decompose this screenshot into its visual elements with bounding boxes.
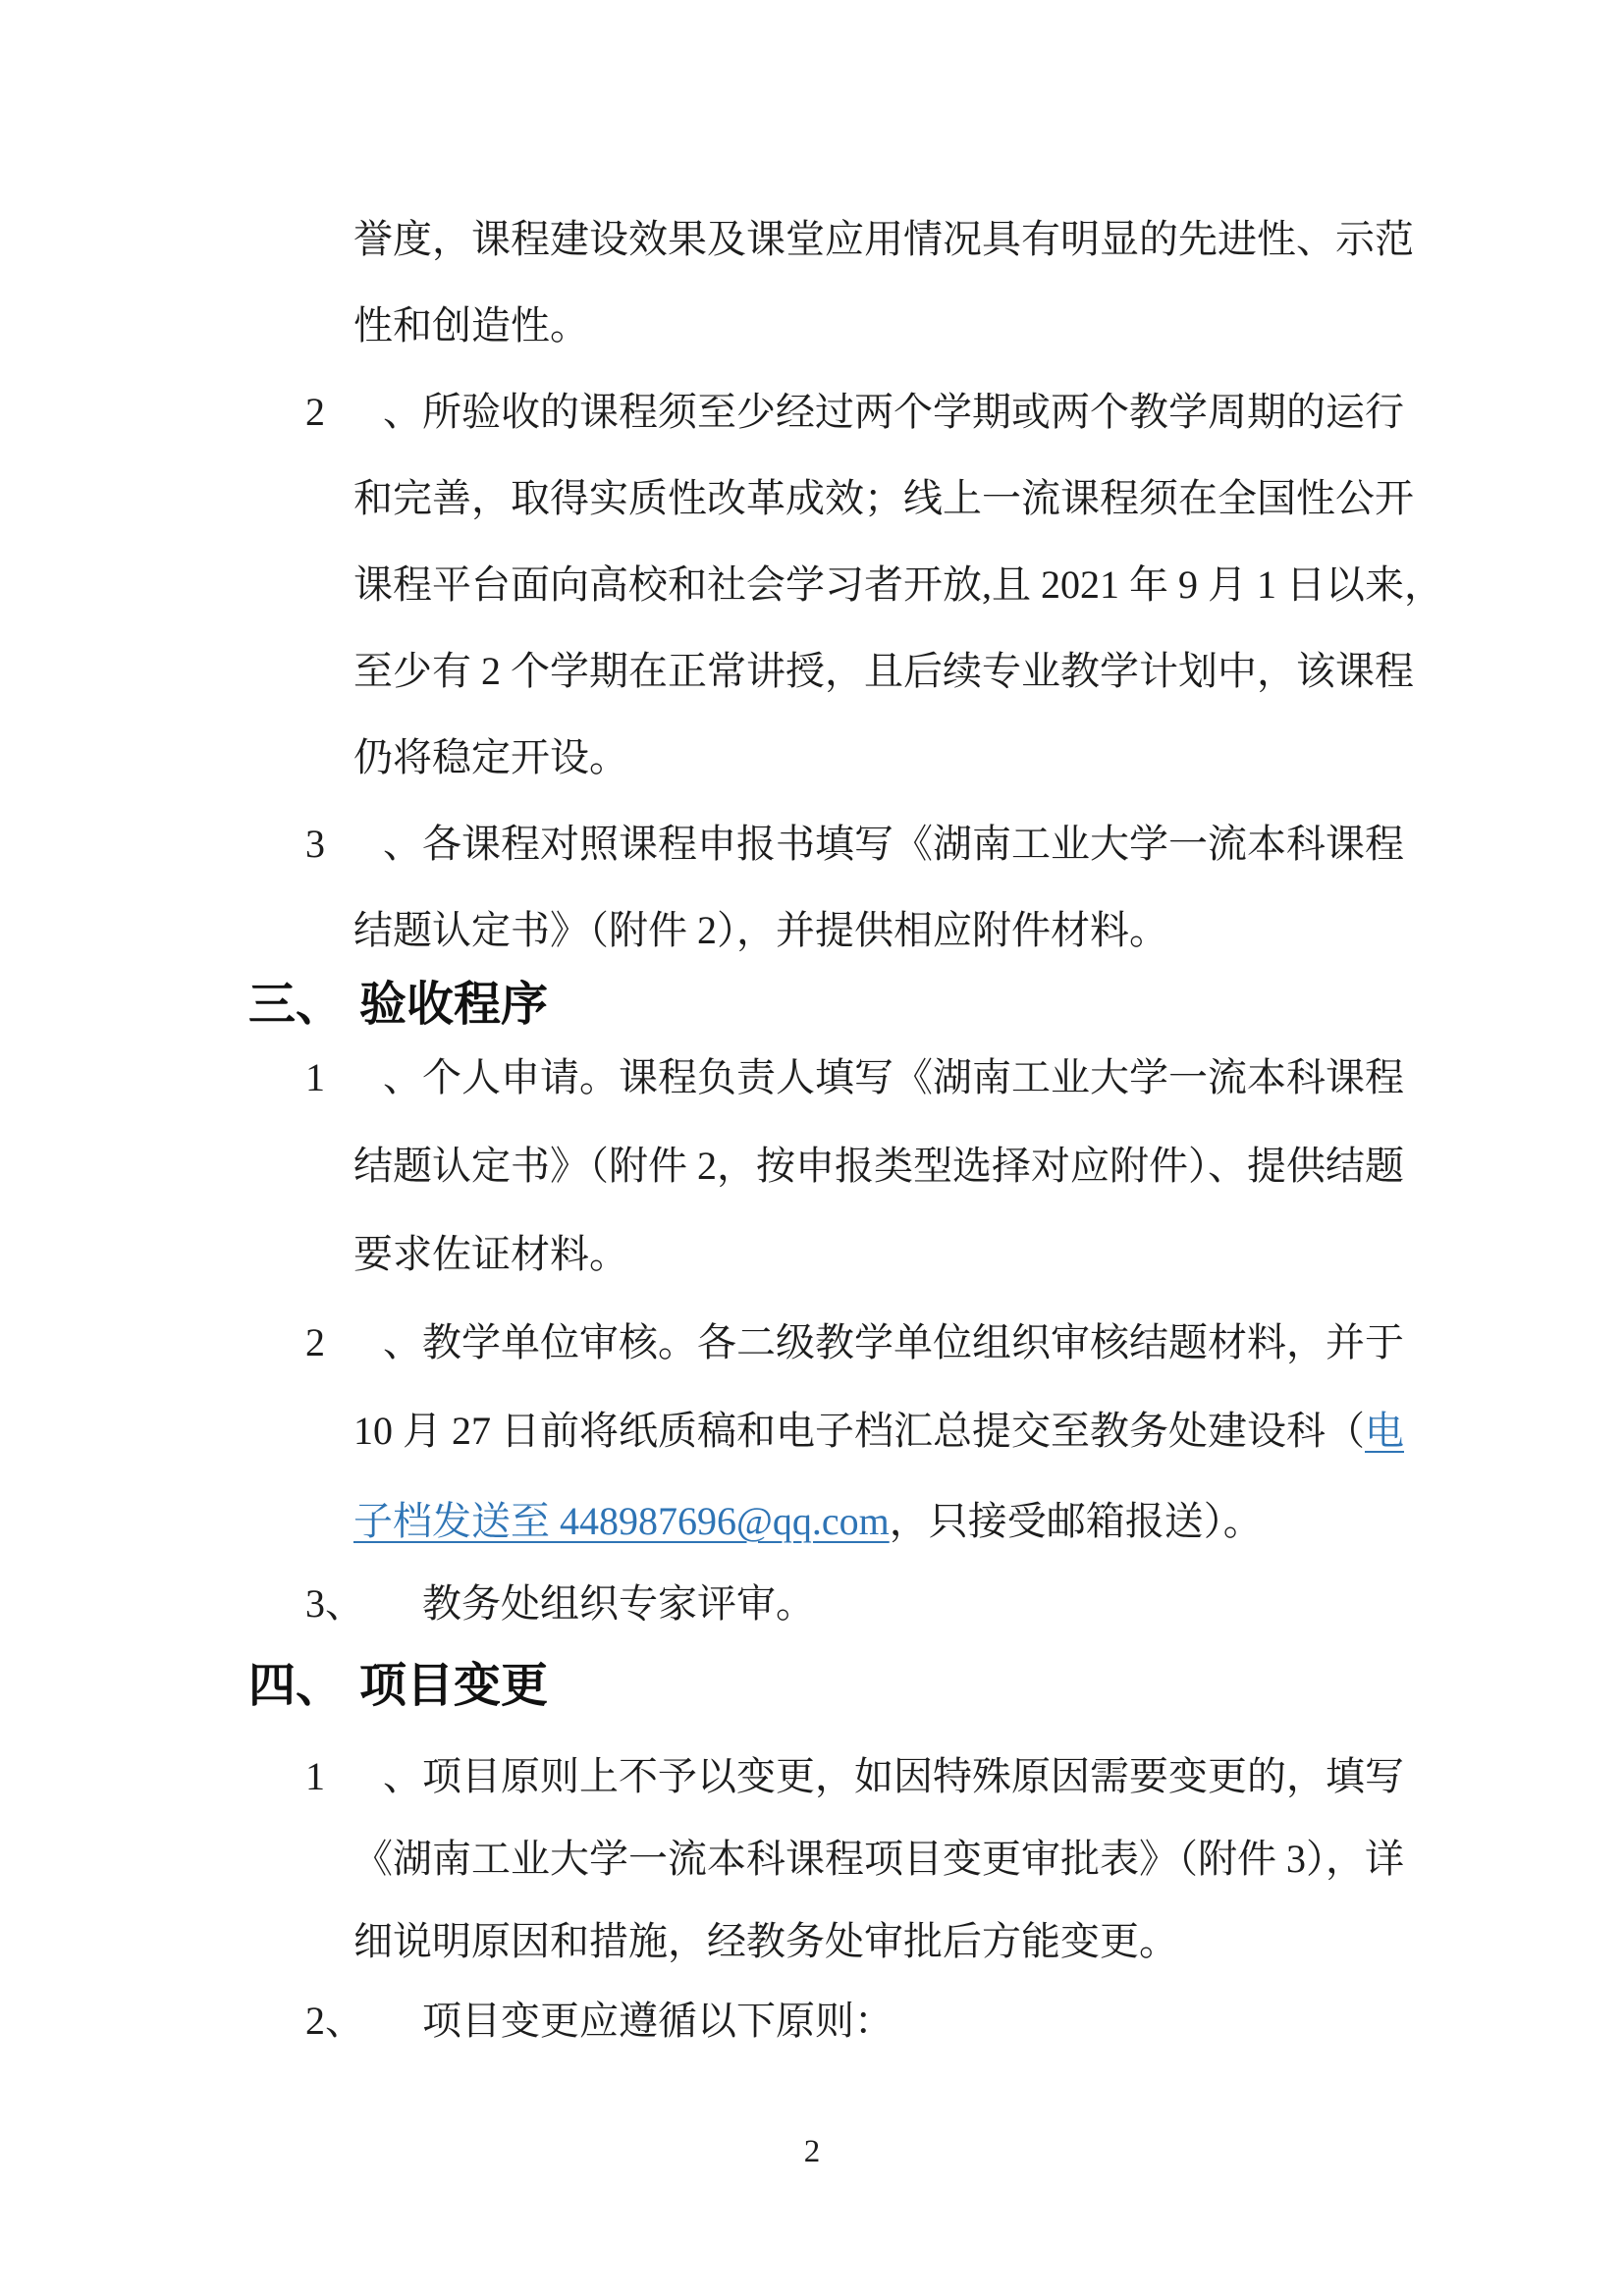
paragraph-line: 10 月 27 日前将纸质稿和电子档汇总提交至教务处建设科（电 <box>0 1387 1624 1475</box>
line-text: 各课程对照课程申报书填写《湖南工业大学一流本科课程 <box>422 822 1404 866</box>
line-text: 个人申请。课程负责人填写《湖南工业大学一流本科课程 <box>422 1055 1404 1099</box>
line-text: 教务处组织专家评审。 <box>422 1581 815 1626</box>
heading-title: 验收程序 <box>359 979 548 1031</box>
list-item-line: 1、个人申请。课程负责人填写《湖南工业大学一流本科课程 <box>0 1034 1624 1122</box>
list-number: 3、 <box>305 1560 422 1648</box>
list-number: 2、 <box>305 368 422 456</box>
paragraph-line: 课程平台面向高校和社会学习者开放,且 2021 年 9 月 1 日以来， <box>0 541 1624 629</box>
list-item-line: 3、各课程对照课程申报书填写《湖南工业大学一流本科课程 <box>0 800 1624 888</box>
paragraph-line: 要求佐证材料。 <box>0 1210 1624 1299</box>
heading-number: 四、 <box>248 1642 359 1731</box>
paragraph-line: 细说明原因和措施，经教务处审批后方能变更。 <box>0 1897 1624 1986</box>
line-text: ，只接受邮箱报送）。 <box>890 1499 1263 1543</box>
section-heading-4: 四、项目变更 <box>0 1642 1624 1731</box>
list-number: 2、 <box>305 1977 422 2065</box>
paragraph-line: 仍将稳定开设。 <box>0 714 1624 802</box>
list-number: 2、 <box>305 1299 422 1387</box>
list-number: 1、 <box>305 1733 422 1821</box>
line-text: 教学单位审核。各二级教学单位组织审核结题材料，并于 <box>422 1320 1404 1364</box>
line-text: 项目原则上不予以变更，如因特殊原因需要变更的，填写 <box>422 1754 1404 1798</box>
paragraph-line: 《湖南工业大学一流本科课程项目变更审批表》（附件 3），详 <box>0 1815 1624 1903</box>
list-item-line: 1、项目原则上不予以变更，如因特殊原因需要变更的，填写 <box>0 1733 1624 1821</box>
paragraph-line: 结题认定书》（附件 2，按申报类型选择对应附件）、提供结题 <box>0 1122 1624 1210</box>
email-link[interactable]: 子档发送至 448987696@qq.com <box>353 1499 890 1543</box>
list-item-line: 2、教学单位审核。各二级教学单位组织审核结题材料，并于 <box>0 1299 1624 1387</box>
heading-title: 项目变更 <box>359 1660 548 1712</box>
list-item-line: 2、项目变更应遵循以下原则： <box>0 1977 1624 2065</box>
list-item-line: 2、所验收的课程须至少经过两个学期或两个教学周期的运行 <box>0 368 1624 456</box>
list-number: 1、 <box>305 1034 422 1122</box>
line-text: 10 月 27 日前将纸质稿和电子档汇总提交至教务处建设科（ <box>353 1409 1365 1453</box>
paragraph-line: 子档发送至 448987696@qq.com，只接受邮箱报送）。 <box>0 1477 1624 1566</box>
page-number: 2 <box>0 2122 1624 2181</box>
paragraph-line: 誉度，课程建设效果及课堂应用情况具有明显的先进性、示范 <box>0 195 1624 284</box>
line-text: 项目变更应遵循以下原则： <box>422 1999 893 2043</box>
line-text: 所验收的课程须至少经过两个学期或两个教学周期的运行 <box>422 390 1404 434</box>
paragraph-line: 性和创造性。 <box>0 282 1624 370</box>
email-link-lead[interactable]: 电 <box>1365 1409 1404 1453</box>
list-item-line: 3、教务处组织专家评审。 <box>0 1560 1624 1648</box>
list-number: 3、 <box>305 800 422 888</box>
paragraph-line: 和完善，取得实质性改革成效；线上一流课程须在全国性公开 <box>0 454 1624 543</box>
paragraph-line: 至少有 2 个学期在正常讲授，且后续专业教学计划中，该课程 <box>0 627 1624 716</box>
document-page: 誉度，课程建设效果及课堂应用情况具有明显的先进性、示范 性和创造性。 2、所验收… <box>0 0 1624 2296</box>
